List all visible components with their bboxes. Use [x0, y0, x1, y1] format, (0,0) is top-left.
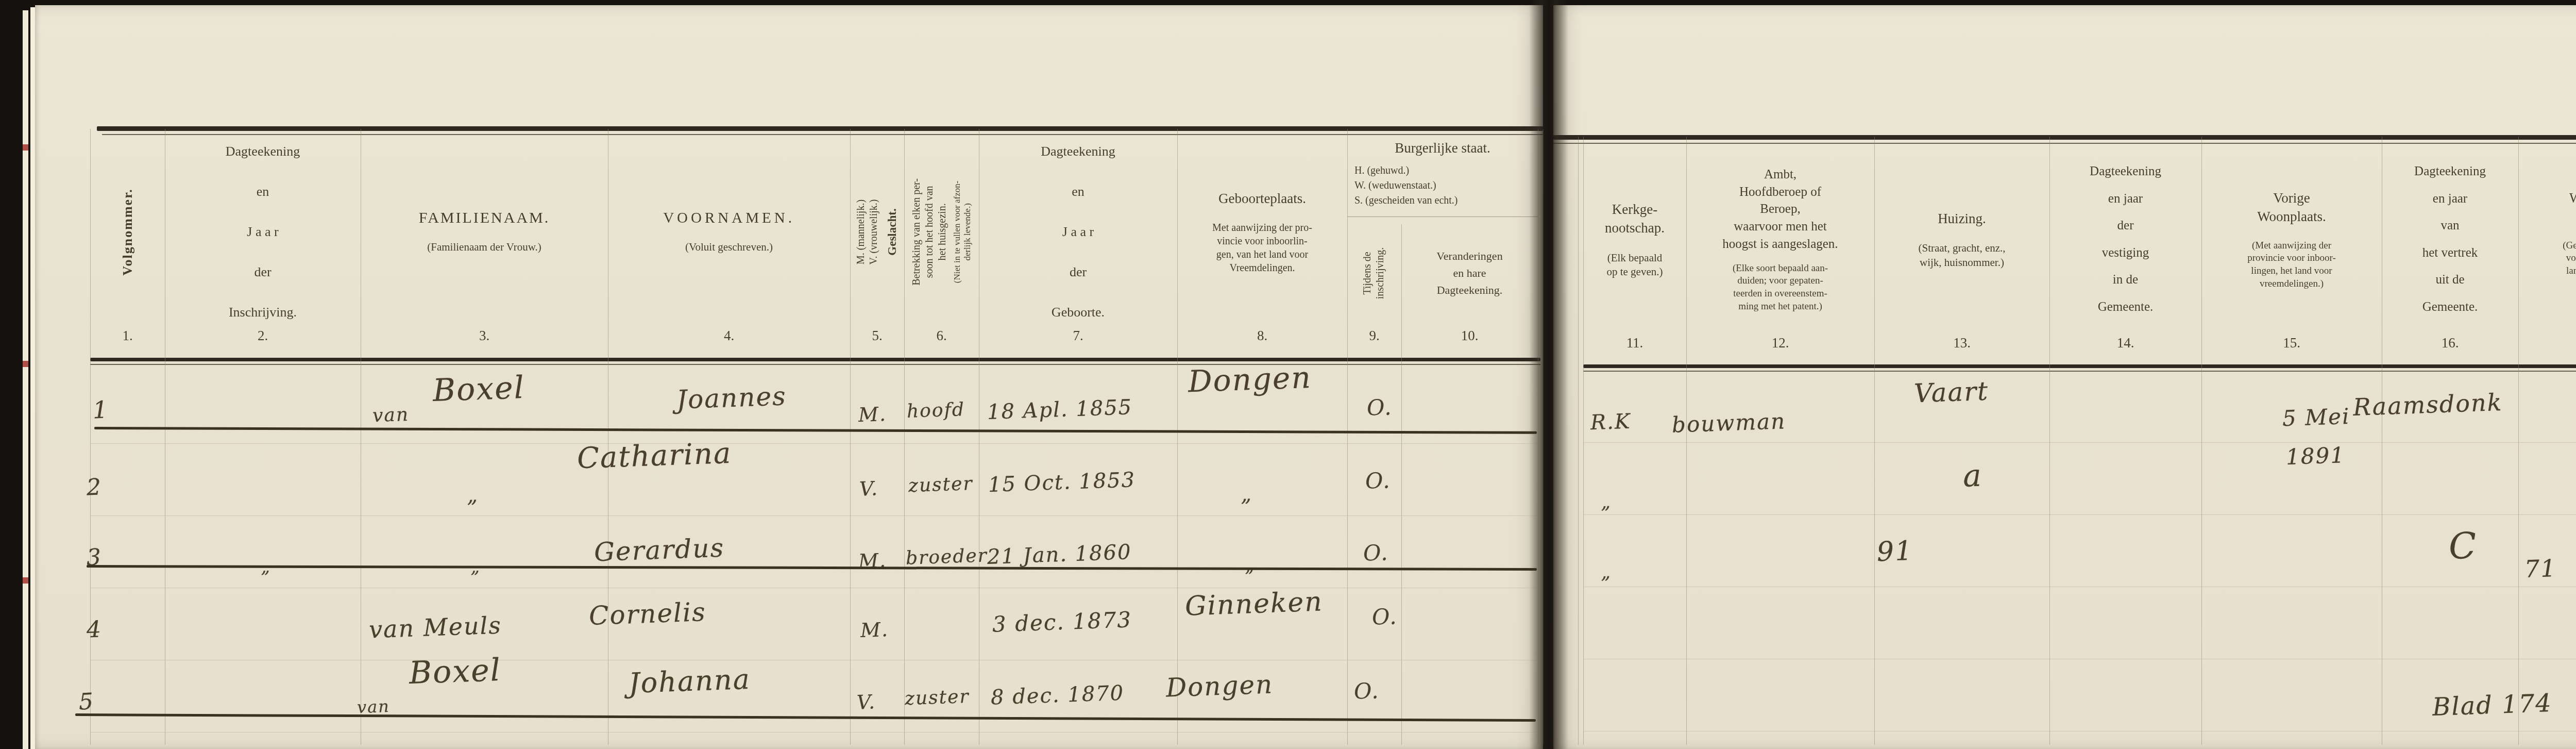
handwriting-huizing-3: 91	[1876, 536, 1913, 568]
column-header-label: Ambt, Hoofdberoep of Beroep, waarvoor me…	[1722, 166, 1838, 253]
handwriting-geboorteplaats-2-ditto: „	[1240, 482, 1252, 507]
column-header-label: VOORNAMEN.	[663, 210, 795, 227]
header-bottom-rule	[90, 358, 1540, 361]
book-fold	[1529, 0, 1568, 749]
column-header-waarheen: Waarheen ver- trokken. (Gemeente en prov…	[2518, 144, 2576, 335]
strike-line	[94, 427, 1537, 434]
handwriting-huizing-2: a	[1962, 457, 1983, 494]
handwriting-kerkgenootschap-3-ditto: „	[1600, 562, 1612, 584]
column-number-7: 7.	[979, 328, 1177, 354]
column-header-label: Vorige Woonplaats.	[2257, 189, 2326, 226]
population-register-scan: Volgnommer. Dagteekening en J a a r der …	[0, 0, 2576, 749]
column-header-inschrijving: Dagteekening en J a a r der Inschrijving…	[165, 135, 361, 329]
handwriting-kerkgenootschap-2-ditto: „	[1600, 492, 1612, 513]
column-header-geboorteplaats: Geboorteplaats. Met aanwijzing der pro- …	[1177, 135, 1347, 329]
handwriting-geboortedatum-1: 18 Apl. 1855	[987, 395, 1133, 424]
column-header-burgerlijke-staat: Burgerlijke staat. H. (gehuwd.) W. (wedu…	[1347, 135, 1538, 329]
column-header-huizing: Huizing. (Straat, gracht, enz., wijk, hu…	[1874, 144, 2049, 335]
column-header-geboortedatum: Dagteekening en J a a r der Geboorte.	[979, 135, 1177, 329]
top-rule	[97, 126, 1543, 131]
handwriting-geboortedatum-3: 21 Jan. 1860	[987, 540, 1132, 569]
page-edge-strip	[23, 10, 28, 749]
header-bottom-rule-thin	[1583, 371, 2576, 372]
column-header-betrekking: Betrekking van elken per- soon tot het h…	[904, 135, 979, 329]
column-number-2: 2.	[165, 328, 361, 354]
handwriting-familienaam-1: Boxel	[432, 370, 526, 409]
column-line	[904, 129, 905, 745]
handwriting-geboorteplaats-3-ditto: „	[1244, 556, 1255, 577]
column-header-label: Dagteekening en J a a r der Inschrijving…	[226, 131, 300, 332]
row-line	[90, 660, 1540, 660]
column-header-label: Dagteekening en jaar der vestiging in de…	[2090, 158, 2161, 321]
handwriting-voornamen-4: Cornelis	[588, 597, 707, 631]
handwriting-voornamen-1: Joannes	[676, 381, 787, 414]
column-header-vestiging: Dagteekening en jaar der vestiging in de…	[2049, 144, 2201, 335]
column-header-vertrek: Dagteekening en jaar van het vertrek uit…	[2382, 144, 2518, 335]
row-line	[1583, 514, 2576, 515]
top-rule	[1553, 135, 2576, 140]
row-line	[90, 732, 1540, 733]
header-bottom-rule-thin	[90, 364, 1540, 365]
row-line	[1583, 659, 2576, 659]
handwriting-betrekking-1: hoofd	[906, 399, 965, 422]
handwriting-burgerlijke-staat-1: O.	[1366, 394, 1393, 421]
column-header-label: Tijdens de inschrijving.	[1361, 247, 1387, 299]
column-line	[2382, 137, 2382, 745]
handwriting-geboorteplaats-1: Dongen	[1188, 360, 1312, 399]
handwriting-beroep-1: bouwman	[1671, 408, 1786, 438]
row-line	[1583, 731, 2576, 731]
row-line	[90, 588, 1540, 588]
handwriting-geboortedatum-2: 15 Oct. 1853	[988, 468, 1136, 497]
column-line	[2049, 137, 2050, 745]
handwriting-geslacht-1: M.	[858, 403, 887, 426]
handwriting-geboortedatum-5: 8 dec. 1870	[990, 681, 1125, 709]
column-header-sublabel: (Niet in te vullen voor afzon- derlijk l…	[952, 181, 973, 284]
column-number-15: 15.	[2201, 335, 2382, 361]
column-number-10: 10.	[1401, 328, 1538, 354]
column-header-sublabel: (Elke soort bepaald aan- duiden; voor ge…	[1733, 262, 1828, 313]
column-header-familienaam: FAMILIENAAM. (Familienaam der Vrouw.)	[361, 135, 608, 329]
column-header-sublabel: (Voluit geschreven.)	[685, 240, 773, 254]
handwriting-volgnommer-2: 2	[86, 474, 103, 501]
column-number-3: 3.	[361, 328, 608, 354]
handwriting-geboorteplaats-5: Dongen	[1165, 669, 1274, 703]
column-header-sublabel: (Familienaam der Vrouw.)	[427, 240, 541, 254]
column-number-12: 12.	[1686, 335, 1874, 361]
handwriting-volgnommer-1: 1	[92, 395, 109, 424]
column-number-13: 13.	[1874, 335, 2049, 361]
column-line	[165, 129, 165, 745]
column-header-label: Huizing.	[1938, 209, 1986, 228]
handwriting-vertrek-datum-1a: 5 Mei	[2282, 404, 2350, 431]
handwriting-familienaam-4: van Meuls	[368, 611, 502, 644]
column-header-geslacht: M. (mannelijk.) V. (vrouwelijk.) Geslach…	[850, 135, 904, 329]
column-header-beroep: Ambt, Hoofdberoep of Beroep, waarvoor me…	[1686, 144, 1874, 335]
handwriting-voornamen-3: Gerardus	[594, 533, 725, 568]
handwriting-geboortedatum-4: 3 dec. 1873	[992, 607, 1132, 637]
row-line	[90, 443, 1540, 444]
column-number-14: 14.	[2049, 335, 2201, 361]
column-header-label: Volgnommer.	[120, 188, 135, 276]
row-line	[1583, 442, 2576, 443]
handwriting-familienaam-1-van: van	[372, 404, 409, 426]
column-number-5: 5.	[850, 328, 904, 354]
column-header-label: Geslacht.	[886, 208, 900, 255]
handwriting-volgnommer-5: 5	[78, 688, 95, 715]
handwriting-waarheen-3b: 71	[2524, 554, 2557, 583]
column-line	[1347, 129, 1348, 745]
column-header-label: Waarheen ver- trokken.	[2569, 189, 2576, 226]
column-header-sublabel: (Gemeente en provincie voor inboorlingen…	[2563, 240, 2576, 291]
handwriting-waarheen-3a: C	[2448, 524, 2478, 568]
header-bottom-rule	[1583, 364, 2576, 368]
handwriting-kerkgenootschap-1: R.K	[1590, 410, 1631, 435]
column-number-16: 16.	[2382, 335, 2518, 361]
column-line	[1578, 137, 1579, 745]
group-title: Burgerlijke staat.	[1347, 140, 1538, 156]
column-header-voornamen: VOORNAMEN. (Voluit geschreven.)	[608, 135, 850, 329]
handwriting-familienaam-2-ditto: „	[466, 484, 479, 508]
column-header-sublabel: Met aanwijzing der pro- vincie voor inbo…	[1212, 221, 1312, 275]
register-page-right: Nommer van het blad 91. Kerkge- nootscha…	[1553, 5, 2576, 749]
column-header-label: Betrekking van elken per- soon tot het h…	[910, 178, 949, 286]
handwriting-voornamen-5: Johanna	[628, 663, 751, 700]
handwriting-burgerlijke-staat-5: O.	[1353, 678, 1380, 704]
handwriting-waarheen-5: Blad 174	[2432, 689, 2553, 722]
column-number-6: 6.	[904, 328, 979, 354]
column-line	[2518, 137, 2519, 745]
handwriting-familienaam-5-van: van	[357, 696, 390, 717]
column-line	[1583, 137, 1584, 745]
handwriting-vertrek-datum-1b: 1891	[2285, 442, 2346, 470]
handwriting-geslacht-2: V.	[859, 477, 878, 500]
column-line	[1686, 137, 1687, 745]
column-header-veranderingen: Veranderingen en hare Dagteekening.	[1401, 217, 1538, 329]
column-header-sublabel: (Met aanwijzing der provincie voor inboo…	[2247, 240, 2336, 291]
column-line	[1177, 129, 1178, 745]
column-header-vorige-woonplaats: Vorige Woonplaats. (Met aanwijzing der p…	[2201, 144, 2382, 335]
handwriting-geslacht-5: V.	[856, 690, 876, 713]
column-line	[608, 129, 608, 745]
column-line	[361, 129, 361, 745]
column-header-sublabel: (Straat, gracht, enz., wijk, huisnommer.…	[1918, 241, 2005, 270]
handwriting-familienaam-5: Boxel	[409, 652, 502, 691]
column-line	[90, 129, 91, 745]
column-number-17: 17.	[2518, 335, 2576, 361]
column-line	[979, 129, 979, 745]
row-line	[90, 515, 1540, 516]
group-legend: H. (gehuwd.) W. (weduwenstaat.) S. (gesc…	[1354, 163, 1538, 208]
column-header-volgnommer: Volgnommer.	[90, 135, 165, 329]
handwriting-betrekking-3: broeder	[905, 545, 988, 569]
handwriting-burgerlijke-staat-3: O.	[1363, 540, 1389, 566]
column-header-label: Dagteekening en J a a r der Geboorte.	[1041, 131, 1115, 332]
column-header-label: Geboorteplaats.	[1218, 189, 1306, 208]
page-edge-strip	[30, 7, 35, 749]
column-line	[1401, 224, 1402, 745]
register-page-left: Volgnommer. Dagteekening en J a a r der …	[35, 5, 1543, 749]
row-line	[1583, 587, 2576, 587]
handwriting-huizing-1: Vaart	[1913, 376, 1989, 408]
strike-line	[87, 565, 1537, 571]
column-header-sublabel: (Elk bepaald op te geven.)	[1606, 251, 1663, 279]
handwriting-waarheen-1: Raamsdonk	[2352, 388, 2503, 421]
column-header-tijdens-inschrijving: Tijdens de inschrijving.	[1347, 217, 1401, 329]
column-header-label: Dagteekening en jaar van het vertrek uit…	[2414, 158, 2486, 321]
column-line	[1874, 137, 1875, 745]
column-header-label: FAMILIENAAM.	[419, 209, 550, 227]
handwriting-burgerlijke-staat-2: O.	[1365, 468, 1391, 494]
column-header-label: Kerkge- nootschap.	[1605, 200, 1665, 238]
column-header-kerkgenootschap: Kerkge- nootschap. (Elk bepaald op te ge…	[1583, 144, 1686, 335]
column-number-4: 4.	[608, 328, 850, 354]
handwriting-geslacht-4: M.	[860, 618, 889, 642]
column-line	[850, 129, 851, 745]
column-number-8: 8.	[1177, 328, 1347, 354]
geslacht-legend: M. (mannelijk.) V. (vrouwelijk.)	[855, 199, 881, 265]
handwriting-volgnommer-4: 4	[86, 616, 103, 643]
handwriting-burgerlijke-staat-4: O.	[1371, 604, 1398, 630]
strike-line	[75, 713, 1536, 722]
handwriting-geboorteplaats-4: Ginneken	[1184, 586, 1324, 622]
column-number-1: 1.	[90, 328, 165, 354]
column-number-11: 11.	[1583, 335, 1686, 361]
column-number-9: 9.	[1347, 328, 1401, 354]
handwriting-voornamen-2: Catharina	[577, 437, 732, 475]
column-line	[2201, 137, 2202, 745]
handwriting-betrekking-2: zuster	[908, 473, 973, 496]
handwriting-betrekking-5: zuster	[904, 686, 970, 709]
